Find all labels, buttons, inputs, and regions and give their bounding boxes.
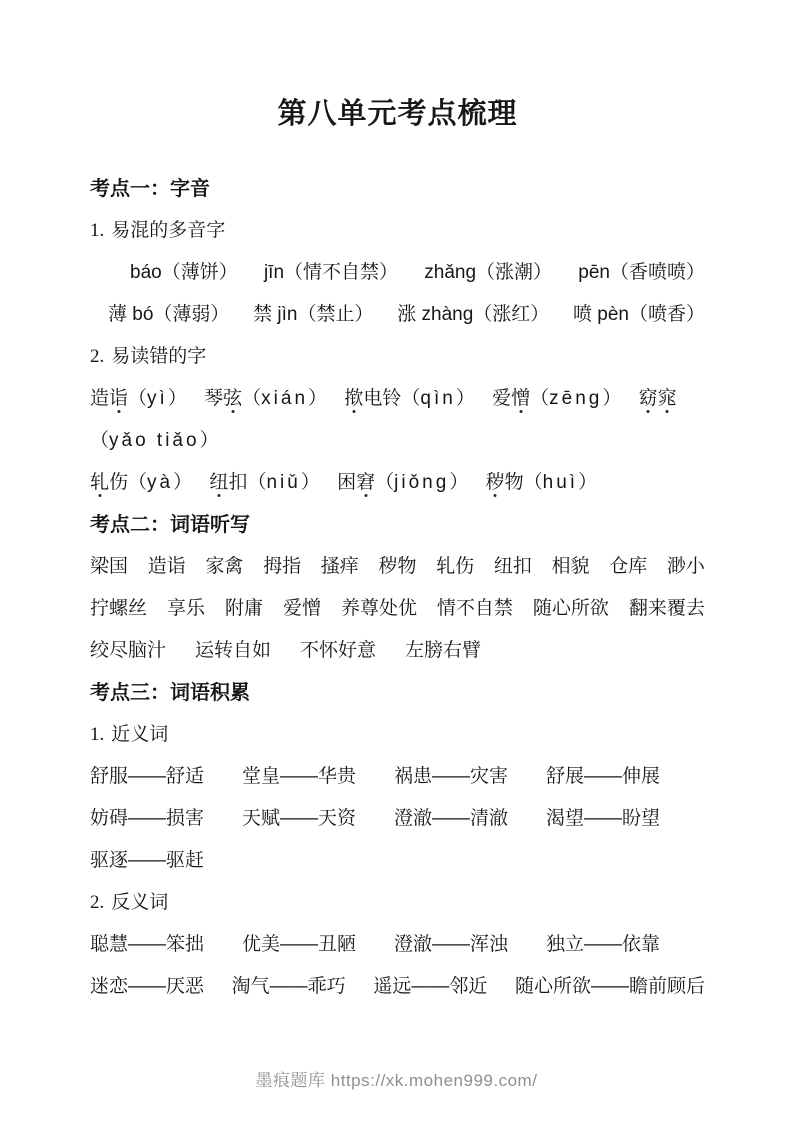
- dictation-row-3: 绞尽脑汁运转自如不怀好意左膀右臂: [90, 630, 705, 672]
- emphasis-dot-char: 诣: [109, 388, 128, 409]
- word-item: jīn（情不自禁）: [264, 252, 398, 294]
- word-item: 爱憎: [283, 588, 321, 630]
- misread-term: 爱憎（zēng）: [492, 388, 621, 409]
- word-item: 舒展——伸展: [546, 756, 660, 798]
- word-item: 相貌: [552, 546, 590, 588]
- word-item: 享乐: [167, 588, 205, 630]
- pinyin-annotation: yà: [147, 472, 173, 493]
- emphasis-dot-char: 弦: [223, 388, 242, 409]
- word-item: 禁 jìn（禁止）: [253, 294, 373, 336]
- pinyin-annotation: yì: [147, 388, 168, 409]
- subheading-misread: 2.易读错的字: [90, 336, 705, 378]
- word-item: 堂皇——华贵: [242, 756, 356, 798]
- word-item: 祸患——灾害: [394, 756, 508, 798]
- word-item: 淘气——乖巧: [232, 966, 346, 1008]
- section-three-heading: 考点三：词语积累: [90, 672, 705, 714]
- word-item: 舒服——舒适: [90, 756, 204, 798]
- polyphone-row-2: 薄 bó（薄弱）禁 jìn（禁止）涨 zhàng（涨红）喷 pèn（喷香）: [90, 294, 705, 336]
- list-number: 1.: [90, 220, 104, 241]
- emphasis-dot-char: 窘: [356, 472, 375, 493]
- subheading-label: 易混的多音字: [111, 220, 225, 241]
- word-item: 澄澈——清澈: [394, 798, 508, 840]
- word-item: 情不自禁: [437, 588, 513, 630]
- subheading-label: 易读错的字: [111, 346, 206, 367]
- emphasis-dot-char: 憎: [511, 388, 530, 409]
- antonym-row-1: 聪慧——笨拙优美——丑陋澄澈——浑浊独立——依靠: [90, 924, 705, 966]
- subheading-polyphones: 1.易混的多音字: [90, 210, 705, 252]
- synonym-row-1: 舒服——舒适堂皇——华贵祸患——灾害舒展——伸展: [90, 756, 705, 798]
- misread-term: 纽扣（niǔ）: [209, 472, 319, 493]
- word-item: 喷 pèn（喷香）: [573, 294, 705, 336]
- word-item: 迷恋——厌恶: [90, 966, 204, 1008]
- emphasis-dot-char: 纽: [209, 472, 228, 493]
- subheading-label: 近义词: [111, 724, 168, 745]
- pinyin-annotation: xián: [261, 388, 308, 409]
- document-page: 第八单元考点梳理 考点一：字音 1.易混的多音字 báo（薄饼）jīn（情不自禁…: [0, 0, 793, 1008]
- word-item: 涨 zhàng（涨红）: [397, 294, 549, 336]
- misread-paragraph-1: 造诣（yì） 琴弦（xián） 揿电铃（qìn） 爱憎（zēng） 窈窕（yǎo…: [90, 378, 705, 462]
- section-one-heading: 考点一：字音: [90, 168, 705, 210]
- word-item: 聪慧——笨拙: [90, 924, 204, 966]
- word-item: 养尊处优: [341, 588, 417, 630]
- pinyin-annotation: huì: [543, 472, 578, 493]
- antonym-row-2: 迷恋——厌恶淘气——乖巧遥远——邻近随心所欲——瞻前顾后: [90, 966, 705, 1008]
- pinyin-annotation: niǔ: [266, 472, 300, 493]
- subheading-antonyms: 2.反义词: [90, 882, 705, 924]
- word-item: 妨碍——损害: [90, 798, 204, 840]
- polyphone-row-1: báo（薄饼）jīn（情不自禁）zhǎng（涨潮）pēn（香喷喷）: [90, 252, 705, 294]
- word-item: 附庸: [225, 588, 263, 630]
- misread-term: 琴弦（xián）: [204, 388, 327, 409]
- dictation-row-2: 拧螺丝享乐附庸爱憎养尊处优情不自禁随心所欲翻来覆去: [90, 588, 705, 630]
- word-item: 遥远——邻近: [373, 966, 487, 1008]
- word-item: 纽扣: [494, 546, 532, 588]
- section-two-heading: 考点二：词语听写: [90, 504, 705, 546]
- list-number: 2.: [90, 892, 104, 913]
- list-number: 1.: [90, 724, 104, 745]
- word-item: 不怀好意: [300, 630, 376, 672]
- word-item: 优美——丑陋: [242, 924, 356, 966]
- word-item: 翻来覆去: [629, 588, 705, 630]
- word-item: 渺小: [667, 546, 705, 588]
- emphasis-dot-char: 窈: [639, 388, 658, 409]
- emphasis-dot-char: 窕: [658, 388, 677, 409]
- word-item: 仓库: [609, 546, 647, 588]
- misread-term: 困窘（jiǒng）: [337, 472, 468, 493]
- misread-term: 造诣（yì）: [90, 388, 187, 409]
- word-item: 梁国: [90, 546, 128, 588]
- word-item: 家禽: [205, 546, 243, 588]
- word-item: 薄 bó（薄弱）: [108, 294, 229, 336]
- word-item: 拧螺丝: [90, 588, 147, 630]
- emphasis-dot-char: 秽: [486, 472, 505, 493]
- footer-watermark: 墨痕题库 https://xk.mohen999.com/: [0, 1070, 793, 1092]
- word-item: 随心所欲: [533, 588, 609, 630]
- subheading-label: 反义词: [111, 892, 168, 913]
- list-number: 2.: [90, 346, 104, 367]
- misread-paragraph-2: 轧伤（yà） 纽扣（niǔ） 困窘（jiǒng） 秽物（huì）: [90, 462, 705, 504]
- word-item: 随心所欲——瞻前顾后: [515, 966, 705, 1008]
- misread-term: 轧伤（yà）: [90, 472, 192, 493]
- word-item: 绞尽脑汁: [90, 630, 166, 672]
- word-item: 驱逐——驱赶: [90, 840, 204, 882]
- word-item: 轧伤: [436, 546, 474, 588]
- emphasis-dot-char: 轧: [90, 472, 109, 493]
- pinyin-annotation: zēng: [549, 388, 602, 409]
- synonym-row-3: 驱逐——驱赶: [90, 840, 705, 882]
- word-item: 澄澈——浑浊: [394, 924, 508, 966]
- word-item: báo（薄饼）: [130, 252, 238, 294]
- misread-term: 秽物（huì）: [486, 472, 597, 493]
- pinyin-annotation: qìn: [420, 388, 455, 409]
- word-item: 独立——依靠: [546, 924, 660, 966]
- word-item: 拇指: [263, 546, 301, 588]
- synonym-row-2: 妨碍——损害天赋——天资澄澈——清澈渴望——盼望: [90, 798, 705, 840]
- pinyin-annotation: yǎo tiǎo: [109, 430, 200, 451]
- dictation-row-1: 梁国造诣家禽拇指搔痒秽物轧伤纽扣相貌仓库渺小: [90, 546, 705, 588]
- word-item: 秽物: [378, 546, 416, 588]
- word-item: 左膀右臂: [405, 630, 481, 672]
- pinyin-annotation: jiǒng: [394, 472, 449, 493]
- misread-term: 揿电铃（qìn）: [344, 388, 475, 409]
- word-item: 运转自如: [195, 630, 271, 672]
- word-item: 渴望——盼望: [546, 798, 660, 840]
- subheading-synonyms: 1.近义词: [90, 714, 705, 756]
- emphasis-dot-char: 揿: [344, 388, 363, 409]
- word-item: 天赋——天资: [242, 798, 356, 840]
- word-item: 搔痒: [321, 546, 359, 588]
- page-title: 第八单元考点梳理: [90, 92, 705, 136]
- word-item: zhǎng（涨潮）: [424, 252, 552, 294]
- word-item: pēn（香喷喷）: [578, 252, 705, 294]
- word-item: 造诣: [148, 546, 186, 588]
